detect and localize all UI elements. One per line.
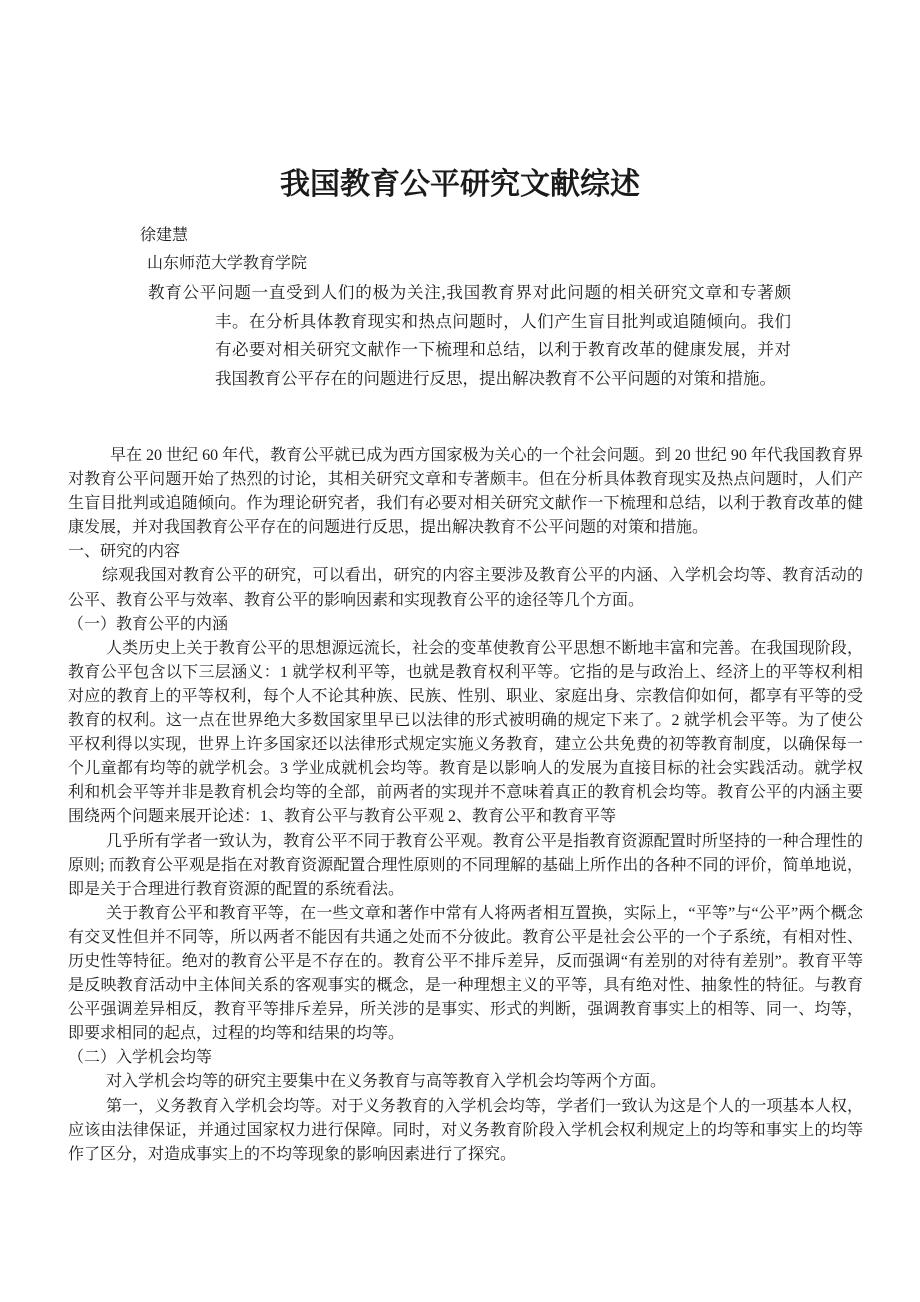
body-paragraph-enrollment-overview: 对入学机会均等的研究主要集中在义务教育与高等教育入学机会均等两个方面。 [68,1070,863,1094]
body-paragraph-fairness-vs-equality: 关于教育公平和教育平等，在一些文章和著作中常有人将两者相互置换，实际上，“平等”… [68,902,863,1047]
body-paragraph-intro: 早在 20 世纪 60 年代，教育公平就已成为西方国家极为关心的一个社会问题。到… [68,444,863,540]
author-affiliation: 山东师范大学教育学院 [147,252,307,276]
abstract-paragraph: 教育公平问题一直受到人们的极为关注,我国教育界对此问题的相关研究文章和专著颇丰。… [148,279,791,393]
section-heading-research-content: 一、研究的内容 [68,540,863,564]
body-paragraph-three-meanings: 人类历史上关于教育公平的思想源远流长，社会的变革使教育公平思想不断地丰富和完善。… [68,637,863,830]
subsection-heading-connotation: （一）教育公平的内涵 [68,613,863,637]
document-page: 我国教育公平研究文献综述 徐建慧 山东师范大学教育学院 教育公平问题一直受到人们… [0,0,920,1302]
subsection-heading-enrollment-equality: （二）入学机会均等 [68,1046,863,1070]
body-paragraph-overview: 综观我国对教育公平的研究，可以看出，研究的内容主要涉及教育公平的内涵、入学机会均… [68,564,863,612]
author-name: 徐建慧 [140,224,188,248]
body-paragraph-fairness-view: 几乎所有学者一致认为，教育公平不同于教育公平观。教育公平是指教育资源配置时所坚持… [68,830,863,902]
body-paragraph-compulsory-education: 第一，义务教育入学机会均等。对于义务教育的入学机会均等，学者们一致认为这是个人的… [68,1095,863,1167]
document-body: 早在 20 世纪 60 年代，教育公平就已成为西方国家极为关心的一个社会问题。到… [68,444,863,1167]
page-title: 我国教育公平研究文献综述 [0,166,920,204]
